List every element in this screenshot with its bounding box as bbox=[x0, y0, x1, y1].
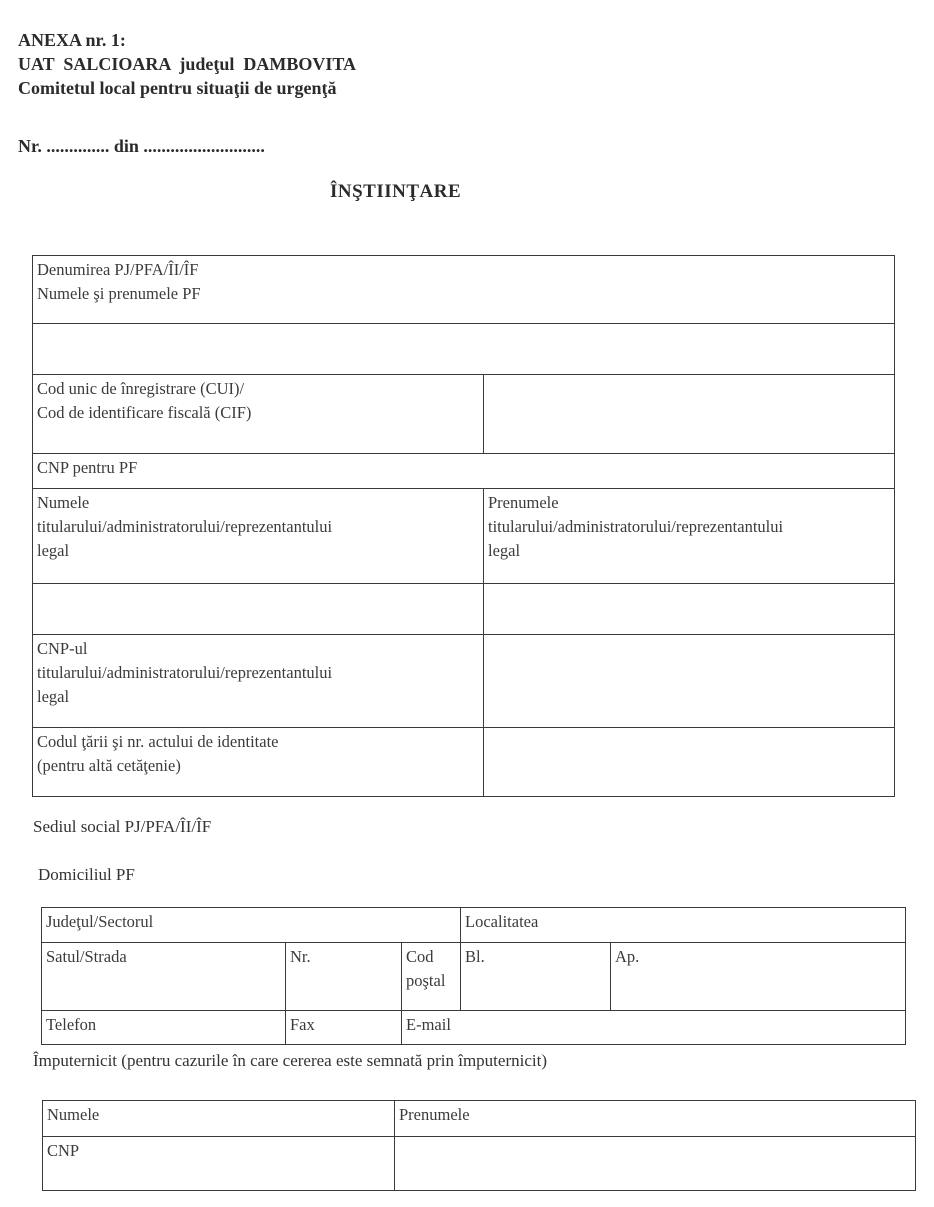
identification-table: Denumirea PJ/PFA/ÎI/ÎF Numele şi prenume… bbox=[32, 255, 895, 797]
county-label: Judeţul/Sectorul bbox=[46, 912, 153, 931]
foreign-id-row: Codul ţării şi nr. actului de identitate… bbox=[33, 728, 895, 797]
annex-label: ANEXA nr. 1: bbox=[18, 28, 126, 52]
postal-code-label-1: Cod bbox=[406, 945, 457, 969]
entity-name-label-2: Numele şi prenumele PF bbox=[37, 282, 891, 306]
foreign-id-label-cell: Codul ţării şi nr. actului de identitate… bbox=[33, 728, 484, 797]
postal-code-label-2: poştal bbox=[406, 969, 457, 993]
entity-name-label-row: Denumirea PJ/PFA/ÎI/ÎF Numele şi prenume… bbox=[33, 256, 895, 324]
foreign-id-input[interactable] bbox=[488, 730, 891, 750]
holder-name-label-row: Numele titularului/administratorului/rep… bbox=[33, 489, 895, 584]
holder-last-name-label-1: Numele bbox=[37, 491, 480, 515]
locality-cell[interactable]: Localitatea bbox=[461, 908, 906, 943]
county-cell[interactable]: Judeţul/Sectorul bbox=[42, 908, 461, 943]
number-cell[interactable]: Nr. bbox=[286, 943, 402, 1011]
holder-cnp-row: CNP-ul titularului/administratorului/rep… bbox=[33, 635, 895, 728]
holder-first-name-label-1: Prenumele bbox=[488, 491, 891, 515]
address-row-2: Satul/Strada Nr. Cod poştal Bl. Ap. bbox=[42, 943, 906, 1011]
email-cell[interactable]: E-mail bbox=[402, 1011, 906, 1045]
proxy-table: Numele Prenumele CNP bbox=[42, 1100, 916, 1191]
committee-label: Comitetul local pentru situaţii de urgen… bbox=[18, 76, 336, 100]
postal-code-cell[interactable]: Cod poştal bbox=[402, 943, 461, 1011]
holder-first-name-label-3: legal bbox=[488, 539, 891, 563]
cnp-pf-row: CNP pentru PF bbox=[33, 454, 895, 489]
proxy-last-name-cell[interactable]: Numele bbox=[43, 1101, 395, 1137]
proxy-first-name-label: Prenumele bbox=[399, 1105, 470, 1124]
cnp-pf-cell[interactable]: CNP pentru PF bbox=[33, 454, 895, 489]
address-row-1: Judeţul/Sectorul Localitatea bbox=[42, 908, 906, 943]
proxy-name-row: Numele Prenumele bbox=[43, 1101, 916, 1137]
uat-label: UAT SALCIOARA judeţul DAMBOVITA bbox=[18, 52, 356, 76]
proxy-heading: Împuternicit (pentru cazurile în care ce… bbox=[33, 1051, 547, 1071]
holder-last-name-label-3: legal bbox=[37, 539, 480, 563]
foreign-id-label-1: Codul ţării şi nr. actului de identitate bbox=[37, 730, 480, 754]
entity-name-value-row bbox=[33, 324, 895, 375]
cui-label-2: Cod de identificare fiscală (CIF) bbox=[37, 401, 480, 425]
proxy-last-name-label: Numele bbox=[47, 1105, 99, 1124]
holder-last-name-field[interactable] bbox=[33, 584, 484, 635]
holder-last-name-label-2: titularului/administratorului/reprezenta… bbox=[37, 515, 480, 539]
phone-cell[interactable]: Telefon bbox=[42, 1011, 286, 1045]
cui-row: Cod unic de înregistrare (CUI)/ Cod de i… bbox=[33, 375, 895, 454]
cui-label-cell: Cod unic de înregistrare (CUI)/ Cod de i… bbox=[33, 375, 484, 454]
fax-cell[interactable]: Fax bbox=[286, 1011, 402, 1045]
holder-first-name-label-2: titularului/administratorului/reprezenta… bbox=[488, 515, 891, 539]
holder-cnp-label-3: legal bbox=[37, 685, 480, 709]
block-label: Bl. bbox=[465, 947, 485, 966]
holder-cnp-field[interactable] bbox=[484, 635, 895, 728]
cui-field[interactable] bbox=[484, 375, 895, 454]
document-number-line: Nr. .............. din .................… bbox=[18, 134, 265, 158]
holder-last-name-label-cell: Numele titularului/administratorului/rep… bbox=[33, 489, 484, 584]
holder-first-name-field[interactable] bbox=[484, 584, 895, 635]
registered-office-label: Sediul social PJ/PFA/ÎI/ÎF bbox=[33, 817, 211, 837]
foreign-id-field[interactable] bbox=[484, 728, 895, 797]
proxy-cnp-label: CNP bbox=[47, 1141, 79, 1160]
holder-cnp-label-2: titularului/administratorului/reprezenta… bbox=[37, 661, 480, 685]
locality-label: Localitatea bbox=[465, 912, 538, 931]
email-label: E-mail bbox=[406, 1015, 451, 1034]
entity-name-label-cell: Denumirea PJ/PFA/ÎI/ÎF Numele şi prenume… bbox=[33, 256, 895, 324]
street-cell[interactable]: Satul/Strada bbox=[42, 943, 286, 1011]
holder-cnp-label-1: CNP-ul bbox=[37, 637, 480, 661]
cui-input[interactable] bbox=[488, 377, 891, 397]
entity-name-field[interactable] bbox=[33, 324, 895, 375]
proxy-first-name-cell[interactable]: Prenumele bbox=[395, 1101, 916, 1137]
proxy-cnp-label-cell: CNP bbox=[43, 1137, 395, 1191]
document-title: ÎNŞTIINŢARE bbox=[330, 180, 461, 204]
holder-last-name-input[interactable] bbox=[37, 586, 480, 606]
number-label: Nr. bbox=[290, 947, 311, 966]
proxy-cnp-row: CNP bbox=[43, 1137, 916, 1191]
address-row-3: Telefon Fax E-mail bbox=[42, 1011, 906, 1045]
street-label: Satul/Strada bbox=[46, 947, 127, 966]
block-cell[interactable]: Bl. bbox=[461, 943, 611, 1011]
apartment-cell[interactable]: Ap. bbox=[611, 943, 906, 1011]
holder-first-name-label-cell: Prenumele titularului/administratorului/… bbox=[484, 489, 895, 584]
fax-label: Fax bbox=[290, 1015, 315, 1034]
entity-name-input[interactable] bbox=[37, 326, 891, 346]
cui-label-1: Cod unic de înregistrare (CUI)/ bbox=[37, 377, 480, 401]
phone-label: Telefon bbox=[46, 1015, 96, 1034]
address-table: Judeţul/Sectorul Localitatea Satul/Strad… bbox=[41, 907, 906, 1045]
domicile-label: Domiciliul PF bbox=[38, 865, 135, 885]
proxy-cnp-field[interactable] bbox=[395, 1137, 916, 1191]
holder-cnp-input[interactable] bbox=[488, 637, 891, 657]
entity-name-label-1: Denumirea PJ/PFA/ÎI/ÎF bbox=[37, 258, 891, 282]
foreign-id-label-2: (pentru altă cetăţenie) bbox=[37, 754, 480, 778]
holder-cnp-label-cell: CNP-ul titularului/administratorului/rep… bbox=[33, 635, 484, 728]
apartment-label: Ap. bbox=[615, 947, 639, 966]
holder-first-name-input[interactable] bbox=[488, 586, 891, 606]
holder-name-value-row bbox=[33, 584, 895, 635]
cnp-pf-label: CNP pentru PF bbox=[37, 458, 137, 477]
